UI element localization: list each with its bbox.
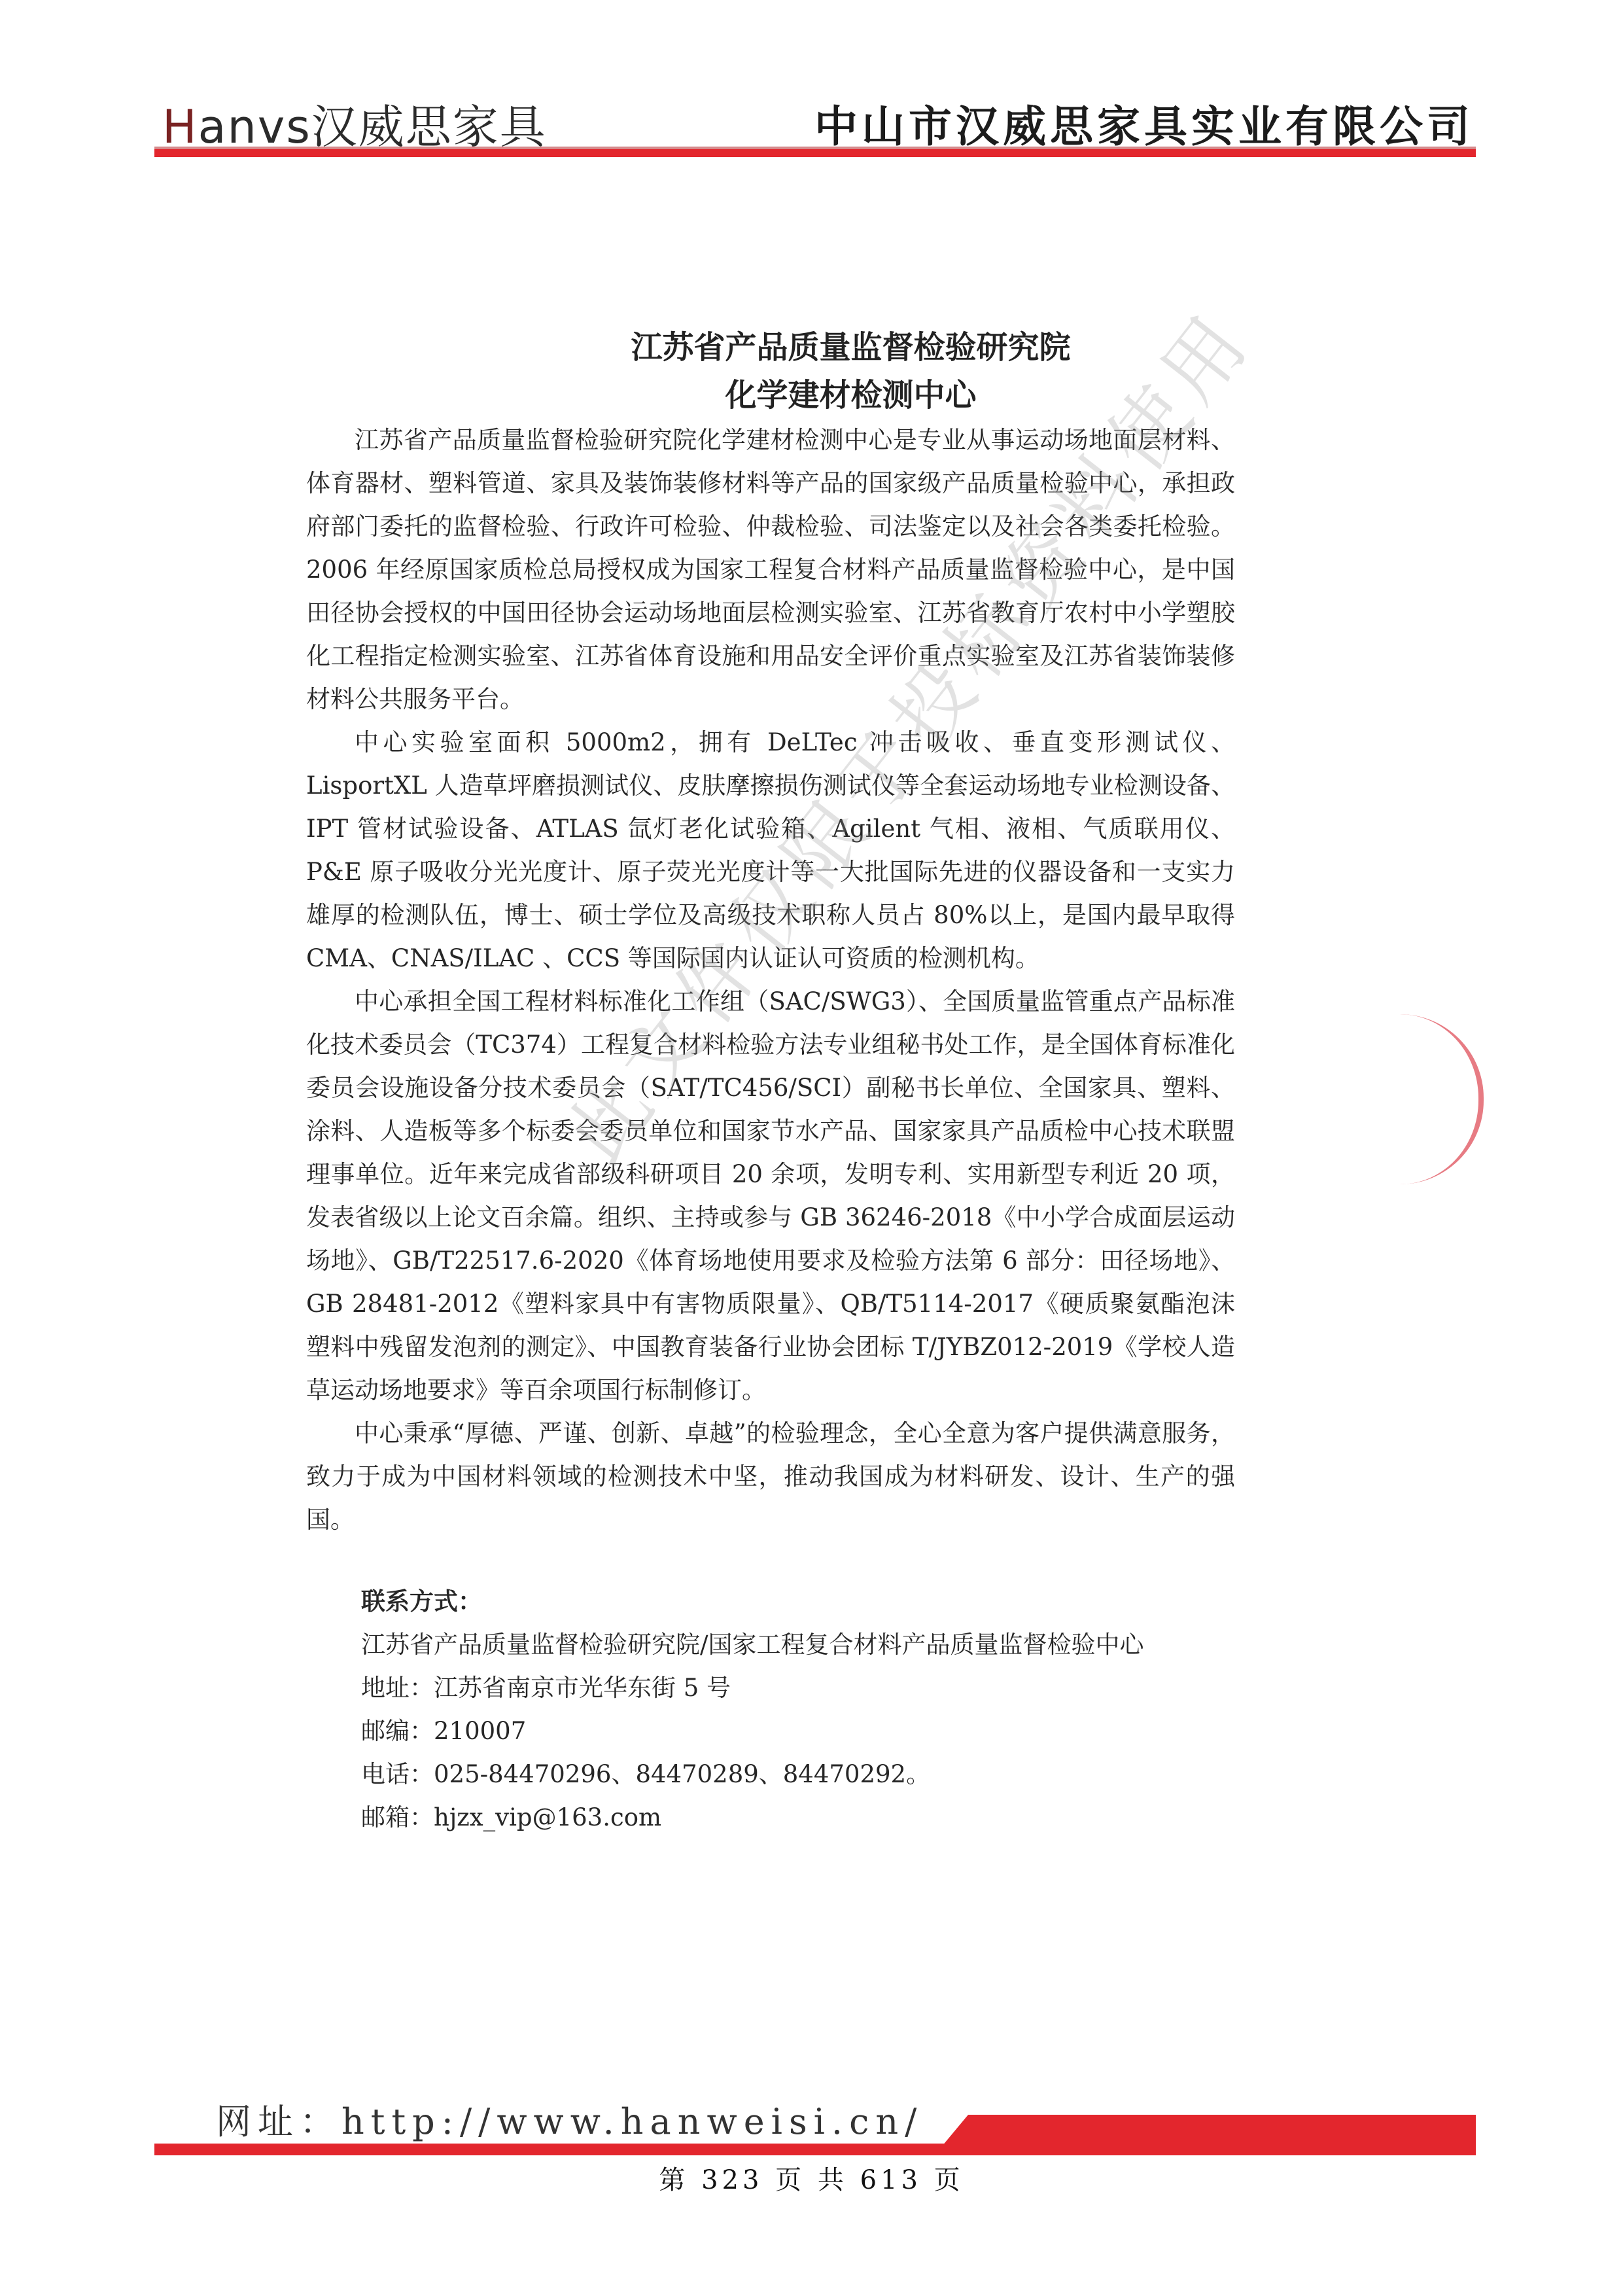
footer-rule (154, 2144, 1476, 2155)
logo-text: anvs汉威思家具 (198, 100, 547, 154)
document-subtitle: 化学建材检测中心 (0, 370, 1623, 415)
footer-accent-wedge (942, 2115, 1476, 2146)
company-name: 中山市汉威思家具实业有限公司 (814, 92, 1474, 154)
contact-email: 邮箱：hjzx_vip@163.com (361, 1796, 1143, 1839)
footer-website: 网址：http://www.hanweisi.cn/ (216, 2094, 923, 2144)
contact-heading: 联系方式： (361, 1580, 1143, 1623)
document-body: 江苏省产品质量监督检验研究院化学建材检测中心是专业从事运动场地面层材料、体育器材… (306, 419, 1235, 1542)
contact-postcode: 邮编：210007 (361, 1710, 1143, 1753)
paragraph-mission: 中心秉承“厚德、严谨、创新、卓越”的检验理念，全心全意为客户提供满意服务，致力于… (306, 1412, 1235, 1542)
seal-stamp-icon (1400, 1014, 1484, 1184)
paragraph-standards: 中心承担全国工程材料标准化工作组（SAC/SWG3）、全国质量监管重点产品标准化… (306, 980, 1235, 1412)
contact-address: 地址：江苏省南京市光华东街 5 号 (361, 1667, 1143, 1710)
document-title: 江苏省产品质量监督检验研究院 (0, 322, 1623, 367)
contact-phone: 电话：025-84470296、84470289、84470292。 (361, 1753, 1143, 1796)
contact-org: 江苏省产品质量监督检验研究院/国家工程复合材料产品质量监督检验中心 (361, 1623, 1143, 1667)
paragraph-equipment: 中心实验室面积 5000m2，拥有 DeLTec 冲击吸收、垂直变形测试仪、Li… (306, 721, 1235, 980)
page-number: 第 323 页 共 613 页 (0, 2159, 1623, 2197)
paragraph-intro: 江苏省产品质量监督检验研究院化学建材检测中心是专业从事运动场地面层材料、体育器材… (306, 419, 1235, 721)
contact-block: 联系方式： 江苏省产品质量监督检验研究院/国家工程复合材料产品质量监督检验中心 … (361, 1580, 1143, 1839)
logo-letter-h: H (162, 100, 198, 154)
header-rule (154, 149, 1476, 157)
